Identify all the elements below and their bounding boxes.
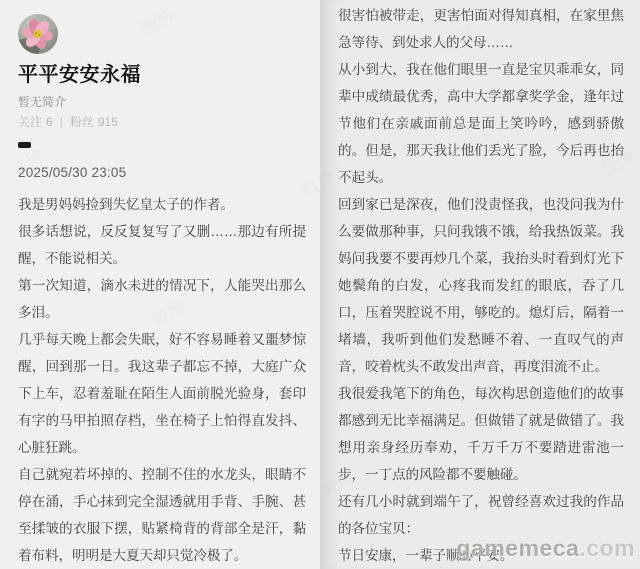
post-paragraph: 还有几小时就到端午了，祝曾经喜欢过我的作品的各位宝贝：: [338, 488, 624, 542]
post-timestamp: 2025/05/30 23:05: [18, 165, 306, 181]
post-paragraph: 自己就宛若坏掉的、控制不住的水龙头，眼睛不停在涌，手心抹到完全湿透就用手背、手腕…: [18, 461, 306, 569]
fans-link[interactable]: 粉丝915: [70, 115, 118, 129]
weibo-post-screenshot: 平平安安永福 暂无简介 关注6|粉丝915 2025/05/30 23:05 我…: [0, 0, 640, 569]
post-paragraph: 几乎每天晚上都会失眠，好不容易睡着又噩梦惊醒，回到那一日。我这辈子都忘不掉，大庭…: [18, 326, 306, 461]
post-paragraph: 回到家已是深夜，他们没责怪我，也没问我为什么要做那种事，只问我饿不饿，给我热饭菜…: [338, 191, 624, 380]
pink-flower-avatar-image: [18, 14, 58, 54]
post-continuation-column: 很害怕被带走，更害怕面对得知真相，在家里焦急等待、到处求人的父母…… 从小到大，…: [320, 0, 640, 569]
post-paragraph: 从小到大，我在他们眼里一直是宝贝乖乖女，同辈中成绩最优秀，高中大学都拿奖学金，逢…: [338, 56, 624, 191]
stats-divider: |: [60, 115, 63, 129]
profile-name: 平平安安永福: [18, 64, 306, 86]
post-paragraph: 很害怕被带走，更害怕面对得知真相，在家里焦急等待、到处求人的父母……: [338, 2, 624, 56]
post-paragraph: 第一次知道，滴水未进的情况下，人能哭出那么多泪。: [18, 272, 306, 326]
tab-indicator-dash: [18, 142, 31, 148]
post-body-left: 我是男妈妈捡到失忆皇太子的作者。 很多话想说，反反复复写了又删……那边有所提醒，…: [0, 191, 320, 569]
post-paragraph: 我很爱我笔下的角色，每次构思创造他们的故事都感到无比幸福满足。但做错了就是做错了…: [338, 380, 624, 488]
profile-stats: 关注6|粉丝915: [18, 115, 306, 129]
following-link[interactable]: 关注6: [18, 115, 53, 129]
post-paragraph: 我是男妈妈捡到失忆皇太子的作者。: [18, 191, 306, 218]
profile-column: 平平安安永福 暂无简介 关注6|粉丝915 2025/05/30 23:05 我…: [0, 0, 320, 569]
profile-bio: 暂无简介: [18, 95, 306, 109]
post-paragraph: 节日安康，一辈子顺心平安。: [338, 542, 624, 569]
profile-header: 平平安安永福 暂无简介 关注6|粉丝915 2025/05/30 23:05: [0, 0, 320, 181]
post-paragraph: 很多话想说，反反复复写了又删……那边有所提醒，不能说相关。: [18, 218, 306, 272]
avatar[interactable]: [18, 14, 58, 54]
